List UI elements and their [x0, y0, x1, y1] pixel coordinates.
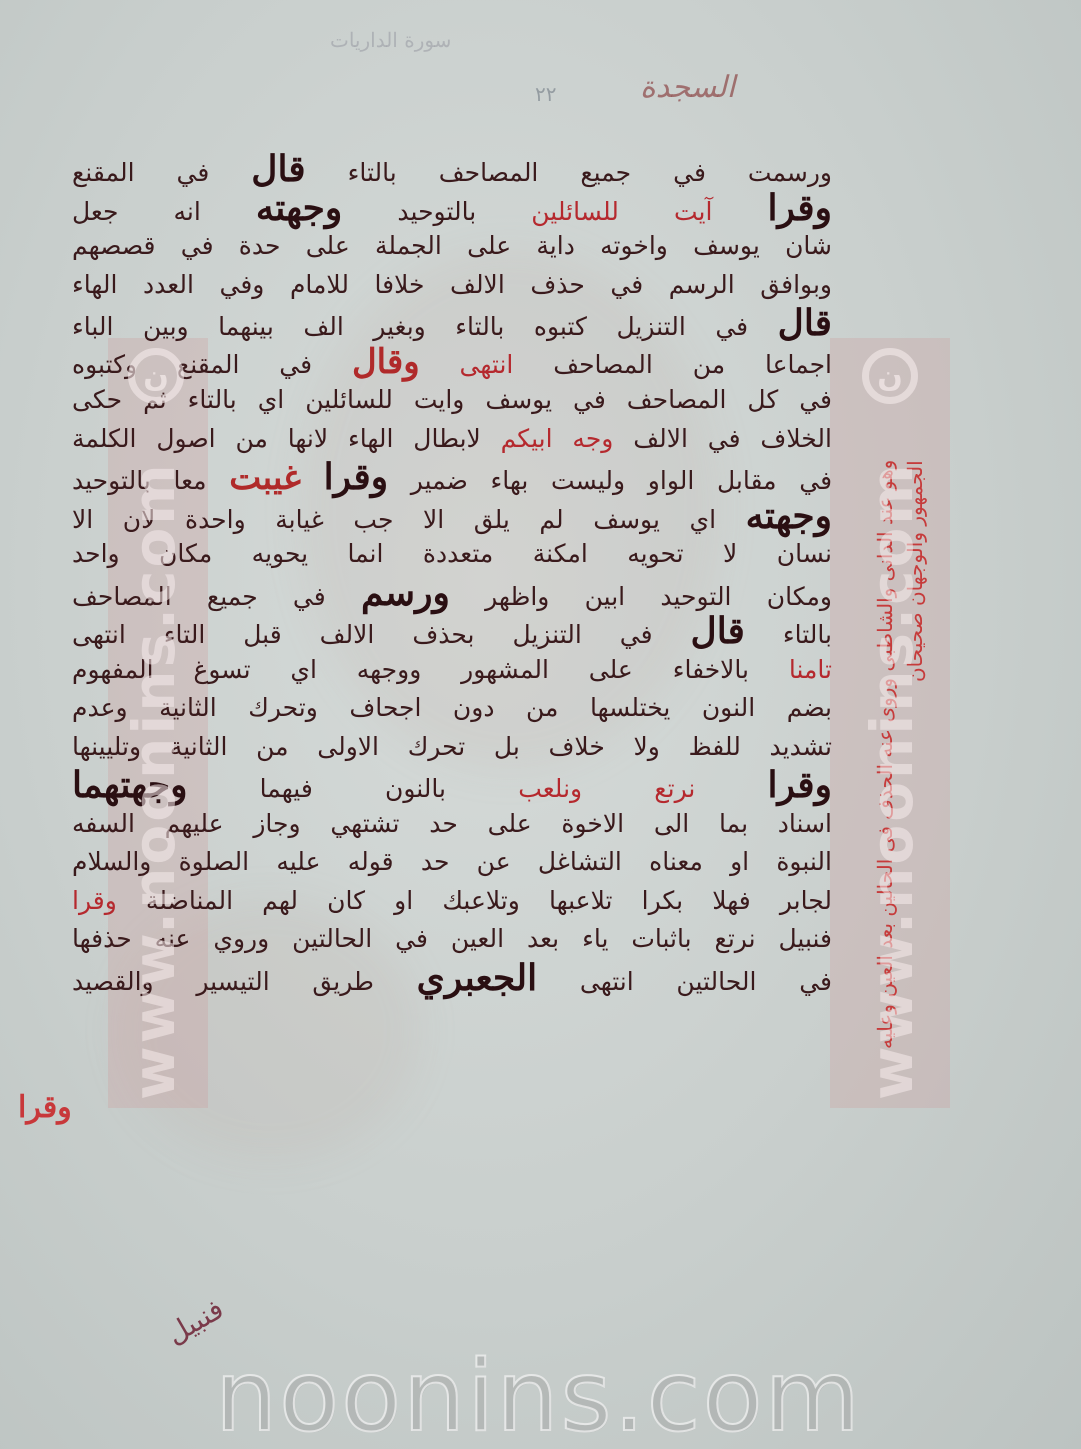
manuscript-line: اجماعا من المصاحف انتهى وقال في المقنع و…: [72, 343, 832, 382]
line-text: بالتاء: [745, 620, 832, 649]
headword: قال: [778, 302, 832, 344]
watermark-bottom: noonins.com: [215, 1340, 862, 1449]
rubric-word: وقرا: [72, 886, 117, 915]
headword: وقرا: [768, 187, 832, 229]
line-text: بالنون فيهما: [187, 774, 518, 803]
manuscript-line: شان يوسف واخوته داية على الجملة على حدة …: [72, 227, 832, 266]
line-text: اجماعا من المصاحف: [513, 350, 832, 379]
line-text: شان يوسف واخوته داية على الجملة على حدة …: [72, 231, 832, 260]
headword: الجعبري: [417, 957, 537, 999]
line-text: في المقنع: [72, 158, 251, 187]
line-text: [420, 350, 460, 379]
copyright-logo-icon: ن: [128, 348, 184, 404]
watermark-text-left: www.noonins.com: [120, 420, 188, 1100]
manuscript-line: ورسمت في جميع المصاحف بالتاء قال في المق…: [72, 150, 832, 189]
line-text: بالتوحيد: [342, 197, 531, 226]
line-text: [695, 774, 767, 803]
rubric-word: آيت للسائلين: [531, 197, 712, 226]
rubric-word: غيبت: [229, 458, 301, 498]
rubric-word: وجه ابيكم: [501, 424, 614, 453]
rubric-word: وقال: [352, 342, 420, 382]
line-text: في مقابل الواو وليست بهاء ضمير: [388, 466, 832, 495]
rubric-word: نرتع ونلعب: [518, 774, 695, 803]
manuscript-line: وقرا آيت للسائلين بالتوحيد وجهته انه جعل: [72, 189, 832, 228]
headword: قال: [691, 610, 745, 652]
line-text: ورسمت في جميع المصاحف بالتاء: [306, 158, 832, 187]
manuscript-page: سورة الداريات ٢٢ السجدة ورسمت في جميع ال…: [0, 0, 1081, 1449]
folio-number: ٢٢: [535, 82, 556, 106]
line-text: [712, 197, 767, 226]
line-text: في كل المصاحف في يوسف وايت للسائلين اي ب…: [72, 385, 832, 414]
rubric-word: تامنا: [789, 655, 832, 684]
headword: وجهته: [746, 495, 832, 537]
line-text: في التنزيل كتبوه بالتاء وبغير الف بينهما…: [72, 312, 778, 341]
headword: ورسم: [361, 572, 450, 614]
line-text: وبوافق الرسم في حذف الالف خلافا للامام و…: [72, 270, 832, 299]
headword: وجهته: [256, 187, 342, 229]
line-text: في المقنع وكتبوه: [72, 350, 352, 379]
line-text: في جميع المصاحف: [72, 582, 361, 611]
margin-rubric-left: وقرا: [18, 1090, 72, 1125]
watermark-text-right: www.noonins.com: [858, 420, 926, 1100]
manuscript-line: قال في التنزيل كتبوه بالتاء وبغير الف بي…: [72, 304, 832, 343]
line-text: لجابر فهلا بكرا تلاعبها وتلاعبك او كان ل…: [117, 886, 832, 915]
sura-heading: السجدة: [640, 70, 735, 105]
headword: قال: [251, 148, 305, 190]
line-text: الخلاف في الالف: [613, 424, 832, 453]
faint-header: سورة الداريات: [330, 28, 451, 52]
headword: وقرا: [768, 764, 832, 806]
line-text: في الحالتين انتهى: [537, 967, 832, 996]
headword: وقرا: [324, 456, 388, 498]
rubric-word: انتهى: [460, 350, 514, 379]
copyright-logo-icon: ن: [862, 348, 918, 404]
line-text: انه جعل: [72, 197, 256, 226]
manuscript-line: وبوافق الرسم في حذف الالف خلافا للامام و…: [72, 266, 832, 305]
manuscript-line: في كل المصاحف في يوسف وايت للسائلين اي ب…: [72, 381, 832, 420]
line-text: ومكان التوحيد ابين واظهر: [450, 582, 832, 611]
line-text: [301, 466, 324, 495]
